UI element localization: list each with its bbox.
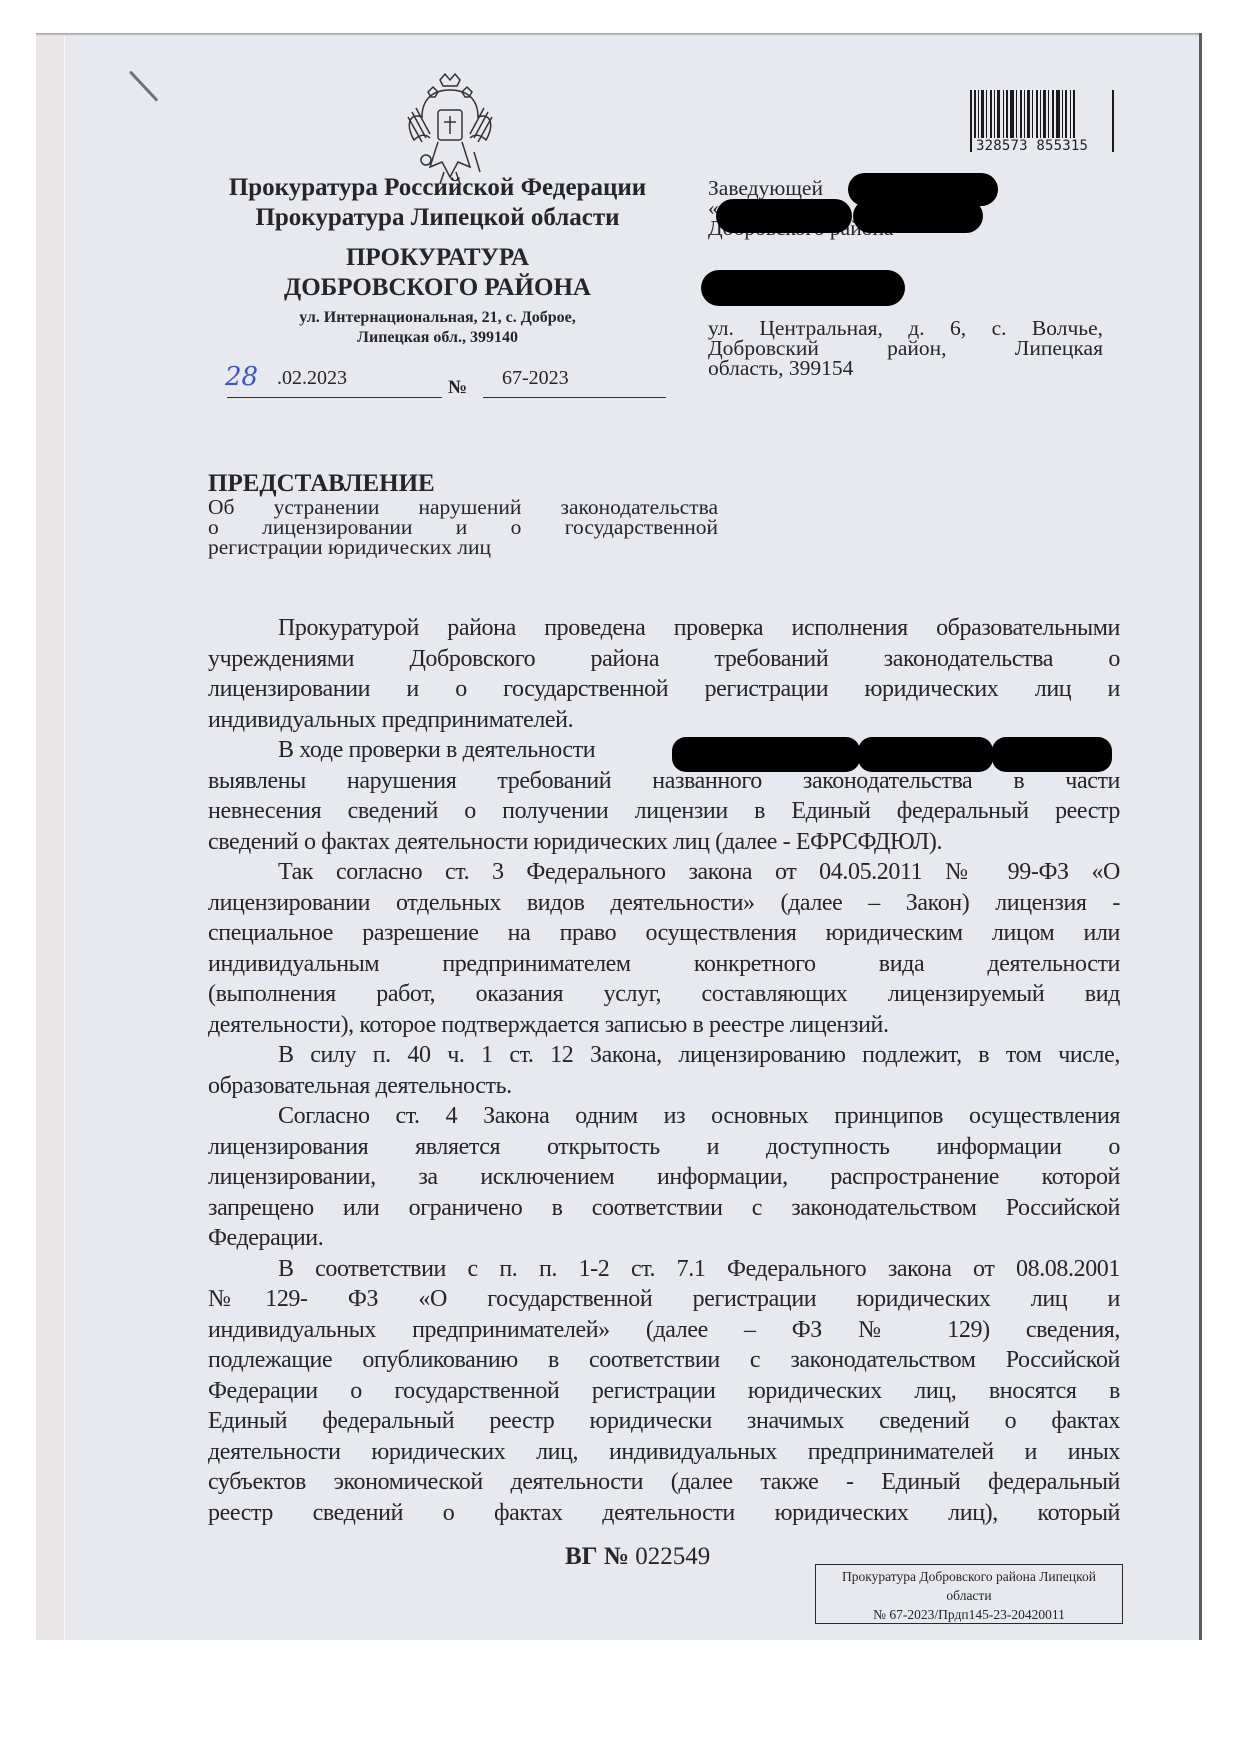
redaction-recipient-org-1: [716, 199, 852, 233]
recipient-address: ул. Центральная, д. 6, с. Волчье, Добров…: [708, 318, 1103, 378]
body-line: (выполнения работ, оказания услуг, соста…: [208, 979, 1120, 1010]
document-subject: Об устранении нарушений законодательства…: [208, 497, 718, 557]
form-series-number: 022549: [635, 1543, 710, 1570]
barcode-guard-left: [970, 90, 972, 152]
body-line: Единый федеральный реестр юридически зна…: [208, 1406, 1120, 1437]
body-line: образовательная деятельность.: [208, 1071, 1120, 1102]
number-underline: [483, 397, 666, 398]
barcode-bars: [970, 90, 1114, 138]
date-number-row: 28 .02.2023 № 67-2023: [225, 362, 695, 402]
barcode-number: 328573 855315: [974, 138, 1090, 154]
org-district-block: ПРОКУРАТУРА ДОБРОВСКОГО РАЙОНА: [205, 243, 670, 303]
body-line: Федерации о государственной регистрации …: [208, 1376, 1120, 1407]
body-line: Так согласно ст. 3 Федерального закона о…: [208, 857, 1120, 888]
subject-line: регистрации юридических лиц: [208, 537, 718, 557]
stamp-line: Прокуратура Добровского района Липецкой: [816, 1567, 1122, 1586]
body-line: деятельности юридических лиц, индивидуал…: [208, 1437, 1120, 1468]
body-line: невнесения сведений о получении лицензии…: [208, 796, 1120, 827]
sender-address-line2: Липецкая обл., 399140: [205, 328, 670, 348]
stamp-line: области: [816, 1586, 1122, 1605]
number-sign: №: [448, 377, 467, 399]
body-line: учреждениями Добровского района требован…: [208, 644, 1120, 675]
body-line: лицензирования является открытость и дос…: [208, 1132, 1120, 1163]
body-line: лицензировании отдельных видов деятельно…: [208, 888, 1120, 919]
body-line: индивидуальных предпринимателей.: [208, 705, 1120, 736]
handwritten-day: 28: [225, 362, 258, 392]
body-line: деятельности), которое подтверждается за…: [208, 1010, 1120, 1041]
subject-line: Об устранении нарушений законодательства: [208, 497, 718, 517]
org-line-prosecutor: ПРОКУРАТУРА: [205, 243, 670, 273]
body-line: запрещено или ограничено в соответствии …: [208, 1193, 1120, 1224]
recipient-address-line1: ул. Центральная, д. 6, с. Волчье,: [708, 318, 1103, 338]
stamp-registration-number: № 67-2023/Прдп145-23-20420011: [816, 1605, 1122, 1624]
body-line: Федерации.: [208, 1223, 1120, 1254]
org-line-federal: Прокуратура Российской Федерации: [205, 173, 670, 203]
body-line: В соответствии с п. п. 1-2 ст. 7.1 Федер…: [208, 1254, 1120, 1285]
body-line: лицензировании, за исключением информаци…: [208, 1162, 1120, 1193]
form-series: ВГ № 022549: [565, 1543, 710, 1571]
body-line: подлежащие опубликованию в соответствии …: [208, 1345, 1120, 1376]
redaction-institution-3: [992, 737, 1112, 772]
barcode-guard-right: [1112, 90, 1114, 152]
body-line: индивидуальных предпринимателей» (далее …: [208, 1315, 1120, 1346]
subject-line: о лицензировании и о государственной: [208, 517, 718, 537]
form-series-label: ВГ №: [565, 1543, 629, 1570]
body-line: Прокуратурой района проведена проверка и…: [208, 613, 1120, 644]
barcode: 328573 855315: [970, 90, 1114, 150]
body-line: специальное разрешение на право осуществ…: [208, 918, 1120, 949]
sender-address: ул. Интернациональная, 21, с. Доброе, Ли…: [205, 308, 670, 348]
recipient-address-line3: область, 399154: [708, 358, 1103, 378]
page-top-shadow: [36, 33, 1202, 36]
org-line-district: ДОБРОВСКОГО РАЙОНА: [205, 273, 670, 303]
page-right-shadow: [1199, 33, 1202, 1640]
date-underline: [227, 397, 442, 398]
registration-stamp: Прокуратура Добровского района Липецкой …: [815, 1564, 1123, 1624]
page-edge: [36, 33, 65, 1640]
body-line: реестр сведений о фактах деятельности юр…: [208, 1498, 1120, 1529]
body-line: лицензировании и о государственной регис…: [208, 674, 1120, 705]
outgoing-number: 67-2023: [502, 367, 569, 390]
redaction-institution-2: [858, 737, 993, 772]
org-name-block: Прокуратура Российской Федерации Прокура…: [205, 173, 670, 233]
body-line: №129- ФЗ «О государственной регистрации …: [208, 1284, 1120, 1315]
recipient-address-line2: Добровский район, Липецкая: [708, 338, 1103, 358]
org-line-regional: Прокуратура Липецкой области: [205, 203, 670, 233]
date-value: .02.2023: [277, 367, 347, 390]
body-line: сведений о фактах деятельности юридическ…: [208, 827, 1120, 858]
document-type-heading: ПРЕДСТАВЛЕНИЕ: [208, 471, 435, 497]
body-line: В силу п. 40 ч. 1 ст. 12 Закона, лицензи…: [208, 1040, 1120, 1071]
redaction-recipient-org-2: [853, 199, 983, 233]
body-line: Согласно ст. 4 Закона одним из основных …: [208, 1101, 1120, 1132]
redaction-recipient-person: [701, 270, 905, 306]
body-line: индивидуальным предпринимателем конкретн…: [208, 949, 1120, 980]
sender-address-line1: ул. Интернациональная, 21, с. Доброе,: [205, 308, 670, 328]
body-line: субъектов экономической деятельности (да…: [208, 1467, 1120, 1498]
redaction-institution-1: [672, 737, 860, 772]
